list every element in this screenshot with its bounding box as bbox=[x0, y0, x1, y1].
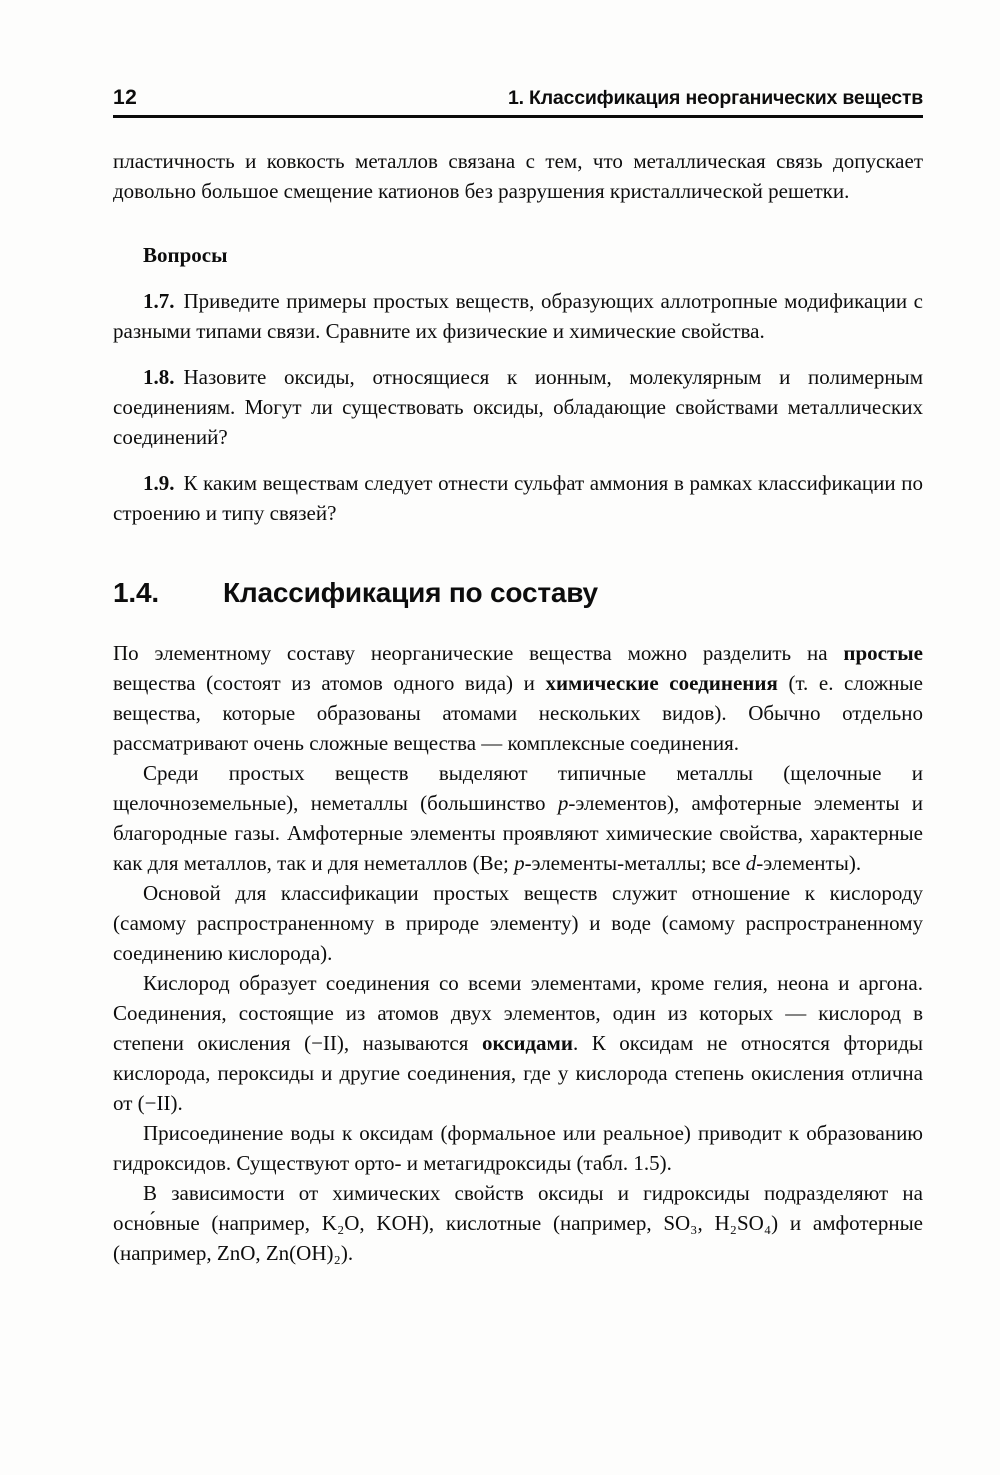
paragraph-hydroxides: Присоединение воды к оксидам (формальное… bbox=[113, 1118, 923, 1178]
text-run: вещества (состоят из атомов одного вида)… bbox=[113, 671, 545, 695]
intro-paragraph: пластичность и ковкость металлов связана… bbox=[113, 146, 923, 206]
page-number: 12 bbox=[113, 86, 137, 110]
text-run-italic: p bbox=[514, 851, 525, 875]
text-run-bold: химические соединения bbox=[545, 671, 777, 695]
question-1-9: 1.9.К каким веществам следует отнести су… bbox=[113, 468, 923, 528]
question-1-7: 1.7.Приведите примеры простых веществ, о… bbox=[113, 286, 923, 346]
running-title: 1. Классификация неорганических веществ bbox=[508, 86, 923, 110]
text-run-bold: оксидами bbox=[482, 1031, 573, 1055]
question-number: 1.8. bbox=[143, 365, 175, 389]
section-body: По элементному составу неорганические ве… bbox=[113, 638, 923, 1268]
text-run: В зависимости от химических свойств окси… bbox=[113, 1181, 923, 1265]
text-run: По элементному составу неорганические ве… bbox=[113, 641, 843, 665]
text-block: 12 1. Классификация неорганических вещес… bbox=[113, 0, 923, 1268]
paragraph-simple-substances: Среди простых веществ выделяют типичные … bbox=[113, 758, 923, 878]
questions-heading: Вопросы bbox=[113, 240, 923, 270]
question-number: 1.7. bbox=[143, 289, 175, 313]
paragraph-classification-basis: Основой для классификации простых вещест… bbox=[113, 878, 923, 968]
text-run: -элементы-металлы; все bbox=[525, 851, 746, 875]
text-run: -элементы). bbox=[756, 851, 861, 875]
section-title: Классификация по составу bbox=[223, 576, 598, 610]
question-1-8: 1.8.Назовите оксиды, относящиеся к ионны… bbox=[113, 362, 923, 452]
question-number: 1.9. bbox=[143, 471, 175, 495]
section-heading: 1.4. Классификация по составу bbox=[113, 576, 923, 610]
paragraph-oxide-types: В зависимости от химических свойств окси… bbox=[113, 1178, 923, 1268]
question-text: Приведите примеры простых веществ, образ… bbox=[113, 289, 923, 343]
question-text: Назовите оксиды, относящиеся к ионным, м… bbox=[113, 365, 923, 449]
scanned-book-page: 12 1. Классификация неорганических вещес… bbox=[0, 0, 1000, 1475]
running-header: 12 1. Классификация неорганических вещес… bbox=[113, 86, 923, 118]
text-run: Основой для классификации простых вещест… bbox=[113, 881, 923, 965]
text-run-italic: d bbox=[746, 851, 757, 875]
paragraph-oxygen-compounds: Кислород образует соединения со всеми эл… bbox=[113, 968, 923, 1118]
question-text: К каким веществам следует отнести сульфа… bbox=[113, 471, 923, 525]
text-run-bold: простые bbox=[843, 641, 923, 665]
text-run-italic: p bbox=[558, 791, 569, 815]
paragraph-elemental-composition: По элементному составу неорганические ве… bbox=[113, 638, 923, 758]
section-number: 1.4. bbox=[113, 576, 223, 610]
text-run: Присоединение воды к оксидам (формальное… bbox=[113, 1121, 923, 1175]
